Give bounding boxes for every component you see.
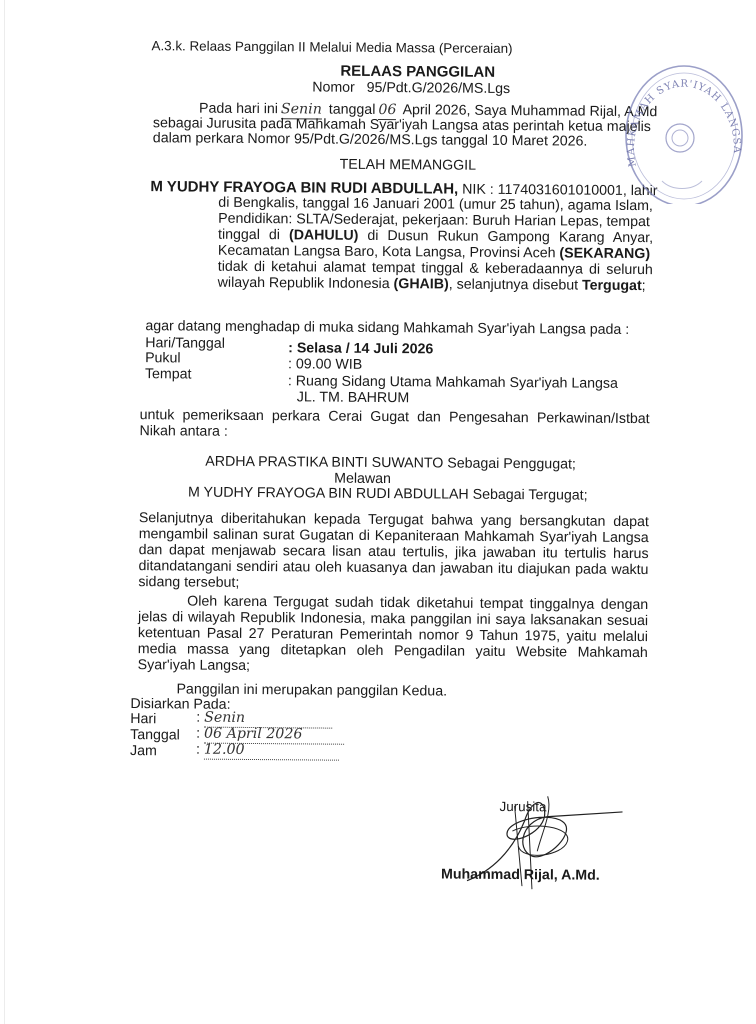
defendant-line-6: wilayah Republik Indonesia (GHAIB), sela…	[218, 276, 646, 295]
opening-line-3: dalam perkara Nomor 95/Pdt.G/2026/MS.Lgs…	[153, 131, 588, 150]
court-stamp-icon: MAHKAMAH SYAR'IYAH LANGSA	[622, 56, 746, 204]
schedule-value-day: : Selasa / 14 Juli 2026	[288, 341, 433, 358]
defendant-party-line: M YUDHY FRAYOGA BIN RUDI ABDULLAH Sebaga…	[188, 485, 588, 504]
broadcast-label-date: Tanggal	[130, 728, 180, 744]
schedule-place-line2: JL. TM. BAHRUM	[297, 390, 410, 406]
notice-line-5: sidang tersebut;	[138, 575, 239, 591]
reason-line-5: Syar'iyah Langsa;	[138, 658, 250, 674]
signature-name: Muhammad Rijal, A.Md.	[441, 867, 600, 884]
broadcast-value-time: : 12.00	[196, 743, 339, 761]
form-code: A.3.k. Relaas Panggilan II Melalui Media…	[152, 38, 513, 56]
schedule-value-time: : 09.00 WIB	[288, 357, 362, 373]
document-title: RELAAS PANGGILAN	[340, 64, 495, 81]
document-number: Nomor 95/Pdt.G/2026/MS.Lgs	[312, 80, 510, 97]
summoned-heading: TELAH MEMANGGIL	[340, 158, 477, 175]
schedule-label-place: Tempat	[145, 367, 192, 383]
schedule-label-time: Pukul	[145, 351, 181, 367]
broadcast-label-time: Jam	[130, 744, 157, 760]
case-text-line-2: Nikah antara :	[139, 424, 227, 440]
broadcast-label-day: Hari	[130, 712, 156, 728]
svg-text:MAHKAMAH SYAR'IYAH LANGSA: MAHKAMAH SYAR'IYAH LANGSA	[626, 79, 742, 168]
